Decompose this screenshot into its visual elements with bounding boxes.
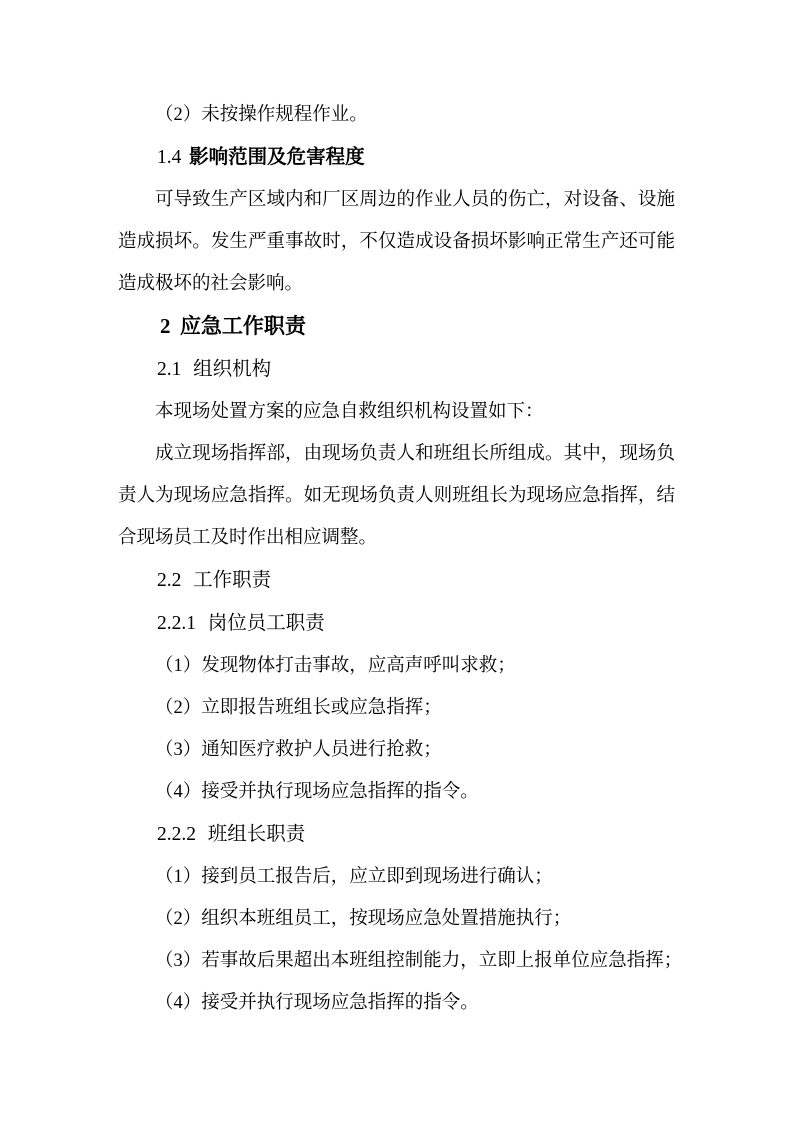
paragraph-command-setup: 成立现场指挥部，由现场负责人和班组长所组成。其中，现场负责人为现场应急指挥。如无… — [118, 433, 675, 559]
paragraph-impact-description: 可导致生产区域内和厂区周边的作业人员的伤亡，对设备、设施造成损坏。发生严重事故时… — [118, 179, 675, 305]
heading-org-structure: 2.1组织机构 — [118, 348, 675, 391]
list-item: （4）接受并执行现场应急指挥的指令。 — [118, 982, 675, 1024]
list-item: （1）发现物体打击事故，应高声呼叫求救； — [118, 645, 675, 687]
document-page: （2）未按操作规程作业。 1.4影响范围及危害程度 可导致生产区域内和厂区周边的… — [0, 0, 793, 1122]
heading-title: 影响范围及危害程度 — [189, 146, 365, 168]
heading-number: 1.4 — [157, 147, 181, 168]
list-item: （2）未按操作规程作业。 — [118, 94, 675, 136]
heading-work-duties: 2.2工作职责 — [118, 559, 675, 602]
paragraph-org-intro: 本现场处置方案的应急自救组织机构设置如下： — [118, 391, 675, 433]
list-item: （1）接到员工报告后，应立即到现场进行确认； — [118, 856, 675, 898]
list-item: （2）立即报告班组长或应急指挥； — [118, 687, 675, 729]
heading-title: 组织机构 — [193, 358, 271, 380]
heading-title: 班组长职责 — [208, 823, 306, 845]
heading-number: 2.2 — [157, 570, 181, 591]
heading-number: 2 — [160, 314, 171, 338]
heading-emergency-duties: 2应急工作职责 — [118, 305, 675, 348]
heading-post-staff-duties: 2.2.1岗位员工职责 — [118, 602, 675, 645]
heading-title: 应急工作职责 — [180, 315, 306, 338]
heading-title: 工作职责 — [193, 569, 271, 591]
heading-influence-scope: 1.4影响范围及危害程度 — [118, 136, 675, 179]
list-item: （3）若事故后果超出本班组控制能力，立即上报单位应急指挥； — [118, 940, 675, 982]
list-item: （2）组织本班组员工，按现场应急处置措施执行； — [118, 898, 675, 940]
heading-team-leader-duties: 2.2.2班组长职责 — [118, 813, 675, 856]
heading-title: 岗位员工职责 — [208, 612, 325, 634]
list-item: （3）通知医疗救护人员进行抢救； — [118, 729, 675, 771]
list-item: （4）接受并执行现场应急指挥的指令。 — [118, 771, 675, 813]
heading-number: 2.2.2 — [157, 824, 196, 845]
heading-number: 2.2.1 — [157, 613, 196, 634]
heading-number: 2.1 — [157, 359, 181, 380]
